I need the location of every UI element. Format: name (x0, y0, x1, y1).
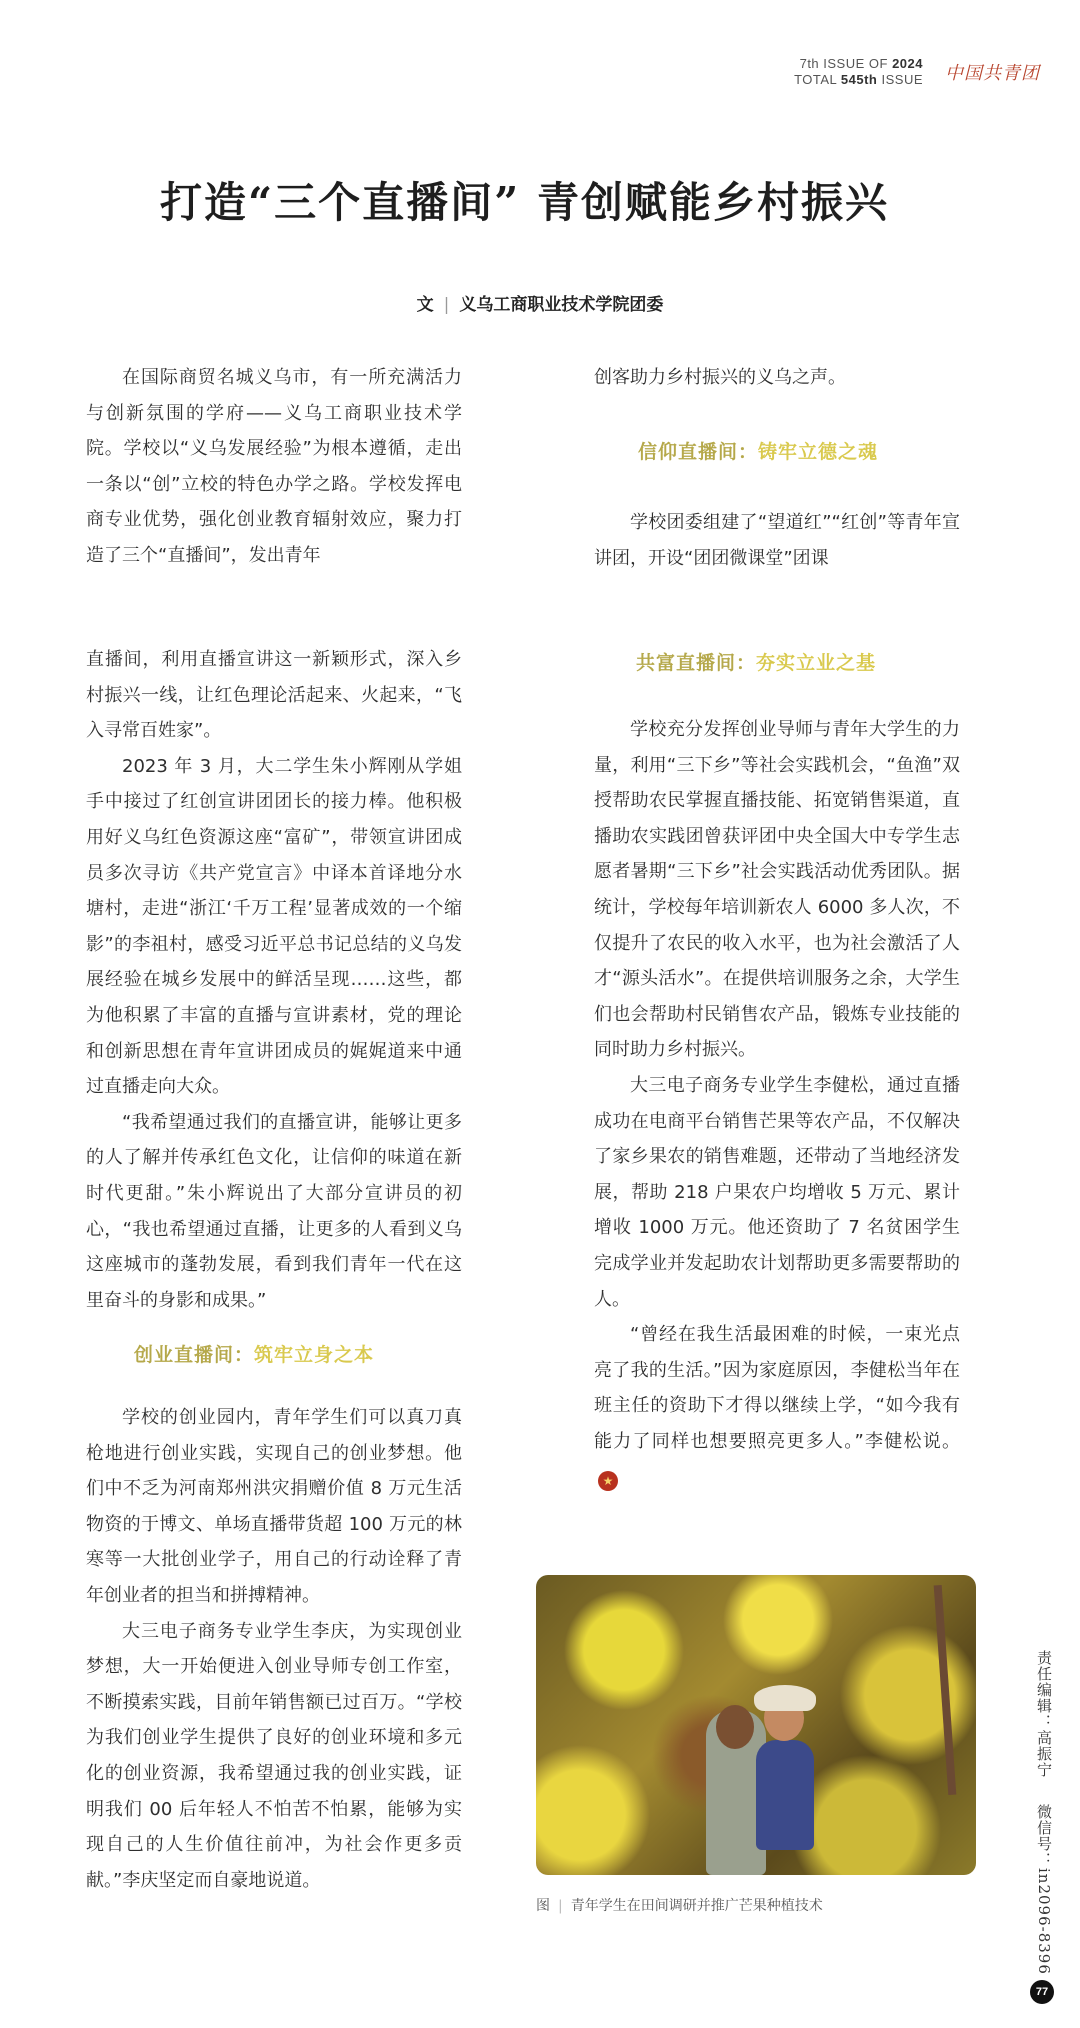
photo-farmer-body (756, 1740, 814, 1850)
issue-total-suffix: ISSUE (877, 72, 923, 87)
faith-paragraph: 学校团委组建了“望道红”“红创”等青年宣讲团，开设“团团微课堂”团课 (594, 505, 960, 576)
byline-separator: | (444, 295, 450, 315)
byline-author: 义乌工商职业技术学院团委 (459, 295, 663, 315)
responsible-editor: 责任编辑：高振宁 (1035, 1650, 1053, 1778)
li-qing-paragraph: 大三电子商务专业学生李庆，为实现创业梦想，大一开始便进入创业导师专创工作室，不断… (86, 1614, 462, 1899)
intro-continuation: 创客助力乡村振兴的义乌之声。 (594, 360, 960, 396)
issue-year: 2024 (892, 56, 923, 71)
photo-student-head (716, 1705, 754, 1749)
right-column-intro: 创客助力乡村振兴的义乌之声。 (594, 360, 960, 396)
li-jiansong-quote-paragraph: “曾经在我生活最困难的时候，一束光点亮了我的生活。”因为家庭原因，李健松当年在班… (594, 1317, 960, 1495)
subhead-faith-studio: 信仰直播间：铸牢立德之魂 (638, 437, 878, 464)
subhead-startup-studio: 创业直播间：筑牢立身之本 (134, 1340, 374, 1367)
page-number: 77 (1030, 1980, 1054, 2004)
editor-sidenote: 责任编辑：高振宁微信号：in2096-8396 (1034, 1650, 1055, 1975)
zhu-xiaohui-paragraph: 2023 年 3 月，大二学生朱小辉刚从学姐手中接过了红创宣讲团团长的接力棒。他… (86, 749, 462, 1105)
photo-caption: 图|青年学生在田间调研并推广芒果种植技术 (536, 1895, 823, 1915)
subhead-startup-motto: 筑牢立身之本 (254, 1344, 374, 1366)
li-jiansong-paragraph: 大三电子商务专业学生李健松，通过直播成功在电商平台销售芒果等农产品，不仅解决了家… (594, 1068, 960, 1317)
subhead-faith-motto: 铸牢立德之魂 (758, 441, 878, 463)
article-title: 打造“三个直播间” 青创赋能乡村振兴 (0, 170, 1080, 230)
article-photo-mango-orchard (536, 1575, 976, 1875)
magazine-logo: 中国共青团 (945, 59, 1040, 85)
wechat-id: 微信号：in2096-8396 (1035, 1804, 1053, 1975)
subhead-startup-label: 创业直播间： (134, 1344, 254, 1366)
common-prosperity-paragraph: 学校充分发挥创业导师与青年大学生的力量，利用“三下乡”等社会实践机会，“鱼渔”双… (594, 712, 960, 1068)
issue-line-1: 7th ISSUE OF (800, 56, 892, 71)
intro-paragraph: 在国际商贸名城义乌市，有一所充满活力与创新氛围的学府——义乌工商职业技术学院。学… (86, 360, 462, 574)
masthead: 7th ISSUE OF 2024 TOTAL 545th ISSUE 中国共青… (794, 56, 1040, 88)
byline: 文|义乌工商职业技术学院团委 (0, 290, 1080, 315)
right-column-faith: 学校团委组建了“望道红”“红创”等青年宣讲团，开设“团团微课堂”团课 (594, 505, 960, 576)
photo-pole (934, 1585, 957, 1795)
issue-total-label: TOTAL (794, 72, 841, 87)
faith-continuation-paragraph: 直播间，利用直播宣讲这一新颖形式，深入乡村振兴一线，让红色理论活起来、火起来，“… (86, 642, 462, 749)
issue-total-number: 545th (841, 72, 877, 87)
figure-label: 图 (536, 1898, 550, 1914)
issue-info: 7th ISSUE OF 2024 TOTAL 545th ISSUE (794, 56, 923, 88)
left-column-intro: 在国际商贸名城义乌市，有一所充满活力与创新氛围的学府——义乌工商职业技术学院。学… (86, 360, 462, 574)
photo-farmer-hat (754, 1685, 816, 1711)
left-column-startup: 学校的创业园内，青年学生们可以真刀真枪地进行创业实践，实现自己的创业梦想。他们中… (86, 1400, 462, 1898)
figure-caption-text: 青年学生在田间调研并推广芒果种植技术 (571, 1898, 823, 1914)
byline-label: 文 (417, 295, 434, 315)
left-column-body: 直播间，利用直播宣讲这一新颖形式，深入乡村振兴一线，让红色理论活起来、火起来，“… (86, 642, 462, 1318)
article-end-star-icon: ★ (598, 1471, 618, 1491)
subhead-faith-label: 信仰直播间： (638, 441, 758, 463)
right-column-common-prosperity: 学校充分发挥创业导师与青年大学生的力量，利用“三下乡”等社会实践机会，“鱼渔”双… (594, 712, 960, 1495)
subhead-common-prosperity-studio: 共富直播间：夯实立业之基 (636, 648, 876, 675)
figure-separator: | (558, 1898, 563, 1914)
subhead-common-label: 共富直播间： (636, 652, 756, 674)
subhead-common-motto: 夯实立业之基 (756, 652, 876, 674)
startup-park-paragraph: 学校的创业园内，青年学生们可以真刀真枪地进行创业实践，实现自己的创业梦想。他们中… (86, 1400, 462, 1614)
zhu-xiaohui-quote-paragraph: “我希望通过我们的直播宣讲，能够让更多的人了解并传承红色文化，让信仰的味道在新时… (86, 1105, 462, 1319)
li-jiansong-quote-text: “曾经在我生活最困难的时候，一束光点亮了我的生活。”因为家庭原因，李健松当年在班… (594, 1324, 960, 1452)
